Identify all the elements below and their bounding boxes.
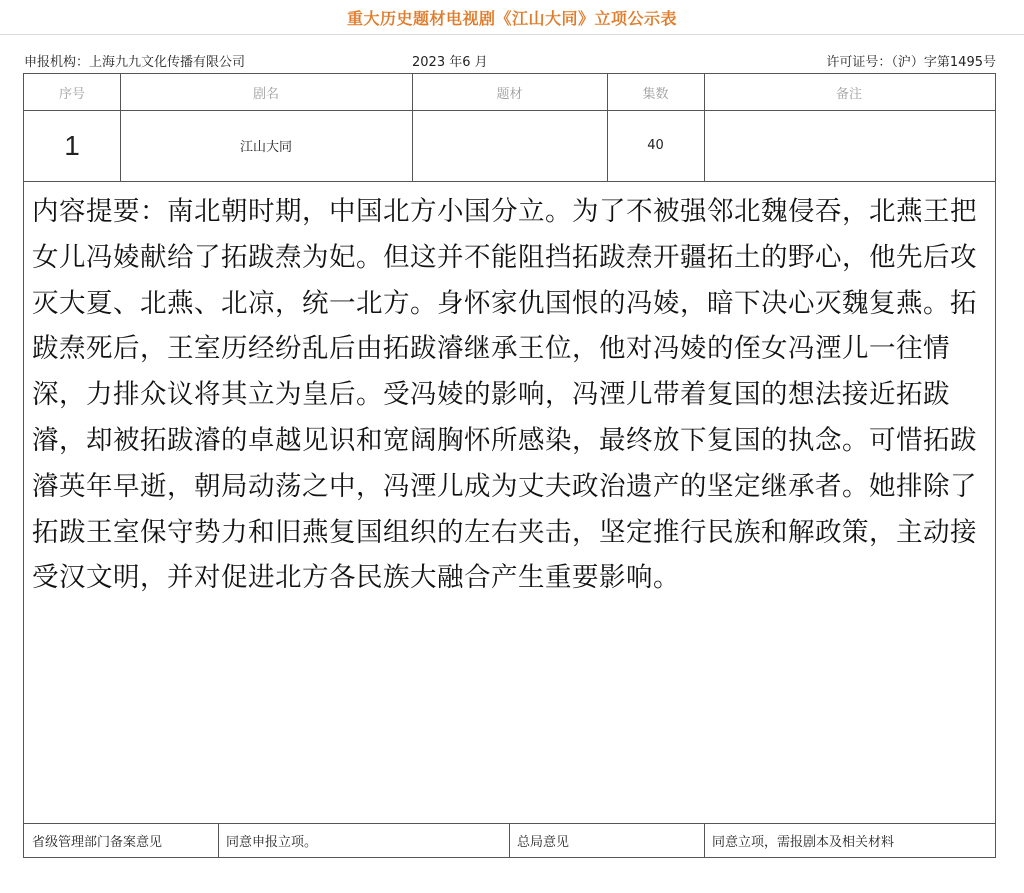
header-episodes: 集数	[607, 74, 704, 110]
title-divider	[0, 34, 1024, 35]
bureau-opinion: 同意立项，需报剧本及相关材料	[704, 823, 994, 857]
license-number: 许可证号：（沪）字第1495号	[826, 51, 996, 70]
provincial-opinion: 同意申报立项。	[218, 823, 509, 857]
license-value: （沪）字第1495号	[891, 55, 996, 70]
document-title: 重大历史题材电视剧《江山大同》立项公示表	[0, 6, 1024, 29]
application-date: 2023 年6 月	[412, 51, 488, 70]
applicant-org: 申报机构：上海九九文化传播有限公司	[24, 51, 245, 70]
row-divider	[24, 181, 995, 182]
meta-row: 申报机构：上海九九文化传播有限公司 2023 年6 月 许可证号：（沪）字第14…	[0, 51, 1024, 71]
row-genre	[412, 110, 607, 181]
header-remarks: 备注	[704, 74, 994, 110]
content-summary: 内容提要：南北朝时期，中国北方小国分立。为了不被强邻北魏侵吞，北燕王把女儿冯婈献…	[32, 189, 977, 601]
row-remarks	[704, 110, 994, 181]
applicant-org-label: 申报机构：	[24, 55, 89, 70]
summary-text: 南北朝时期，中国北方小国分立。为了不被强邻北魏侵吞，北燕王把女儿冯婈献给了拓跋焘…	[32, 196, 977, 593]
summary-label: 内容提要：	[32, 196, 167, 227]
license-label: 许可证号：	[826, 55, 891, 70]
bureau-opinion-label: 总局意见	[509, 823, 704, 857]
applicant-org-value: 上海九九文化传播有限公司	[89, 55, 245, 70]
row-drama-name: 江山大同	[120, 110, 412, 181]
header-index: 序号	[24, 74, 120, 110]
provincial-opinion-label: 省级管理部门备案意见	[24, 823, 218, 857]
project-table: 序号 剧名 题材 集数 备注 1 江山大同 40 内容提要：南北朝时期，中国北方…	[23, 73, 996, 858]
row-index: 1	[24, 110, 120, 181]
header-title: 剧名	[120, 74, 412, 110]
header-genre: 题材	[412, 74, 607, 110]
row-episodes: 40	[607, 110, 704, 181]
